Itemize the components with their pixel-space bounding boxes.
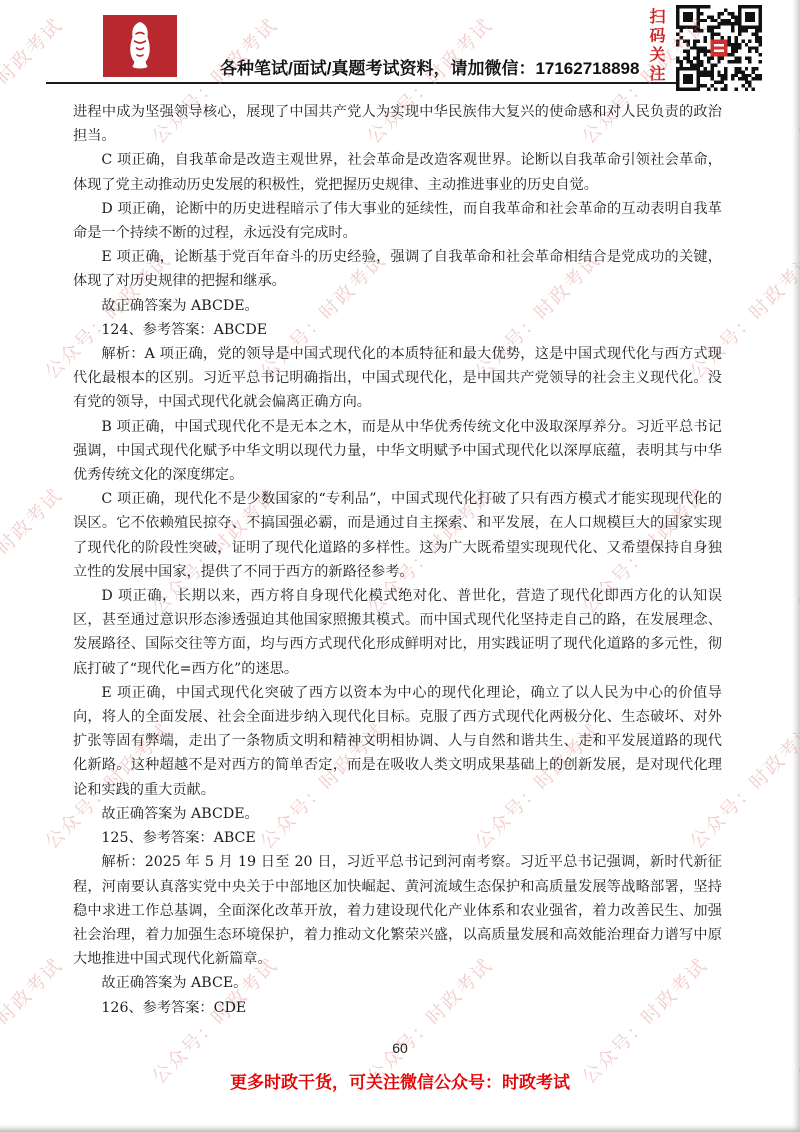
body-paragraph: 解析：2025 年 5 月 19 日至 20 日，习近平总书记到河南考察。习近平… [73,850,722,971]
brand-seal-logo [103,15,177,77]
header-contact-text: 各种笔试/面试/真题考试资料，请加微信：17162718898 [220,54,650,79]
watermark-text: 公众号：时政考试 [790,481,800,619]
watermark-text: 公众号：时政考试 [790,11,800,149]
watermark-text: 公众号：时政考试 [0,11,68,149]
document-page: 公众号：时政考试公众号：时政考试公众号：时政考试公众号：时政考试公众号：时政考试… [0,0,800,1132]
body-paragraph: 124、参考答案：ABCDE [73,318,722,342]
seal-icon [103,15,177,77]
qr-code-icon [676,5,762,91]
body-paragraph: 故正确答案为 ABCDE。 [73,802,722,826]
body-paragraph: D 项正确，长期以来，西方将自身现代化模式绝对化、普世化，营造了现代化即西方化的… [73,584,722,681]
body-paragraph: 解析：A 项正确，党的领导是中国式现代化的本质特征和最大优势，这是中国式现代化与… [73,342,722,415]
body-paragraph: 故正确答案为 ABCDE。 [73,294,722,318]
body-paragraph: D 项正确，论断中的历史进程暗示了伟大事业的延续性，而自我革命和社会革命的互动表… [73,197,722,245]
wechat-qr-code [676,5,762,91]
header-divider [46,82,745,84]
page-number: 60 [0,1040,800,1056]
body-paragraph: 125、参考答案：ABCE [73,826,722,850]
body-paragraph: E 项正确，论断基于党百年奋斗的历史经验，强调了自我革命和社会革命相结合是党成功… [73,245,722,293]
body-paragraph: 故正确答案为 ABCE。 [73,971,722,995]
body-paragraph: B 项正确，中国式现代化不是无本之木，而是从中华优秀传统文化中汲取深厚养分。习近… [73,415,722,488]
body-paragraph: C 项正确，现代化不是少数国家的“专利品”，中国式现代化打破了只有西方模式才能实… [73,487,722,584]
document-body: 进程中成为坚强领导核心，展现了中国共产党人为实现中华民族伟大复兴的使命感和对人民… [73,100,722,1020]
footer-promo-text: 更多时政干货，可关注微信公众号：时政考试 [0,1068,800,1093]
watermark-text: 公众号：时政考试 [0,481,68,619]
scan-follow-label: 扫码关注 [644,8,667,86]
body-paragraph: C 项正确，自我革命是改造主观世界，社会革命是改造客观世界。论断以自我革命引领社… [73,148,722,196]
body-paragraph: 126、参考答案：CDE [73,996,722,1020]
body-paragraph: E 项正确，中国式现代化突破了西方以资本为中心的现代化理论，确立了以人民为中心的… [73,681,722,802]
body-paragraph: 进程中成为坚强领导核心，展现了中国共产党人为实现中华民族伟大复兴的使命感和对人民… [73,100,722,148]
